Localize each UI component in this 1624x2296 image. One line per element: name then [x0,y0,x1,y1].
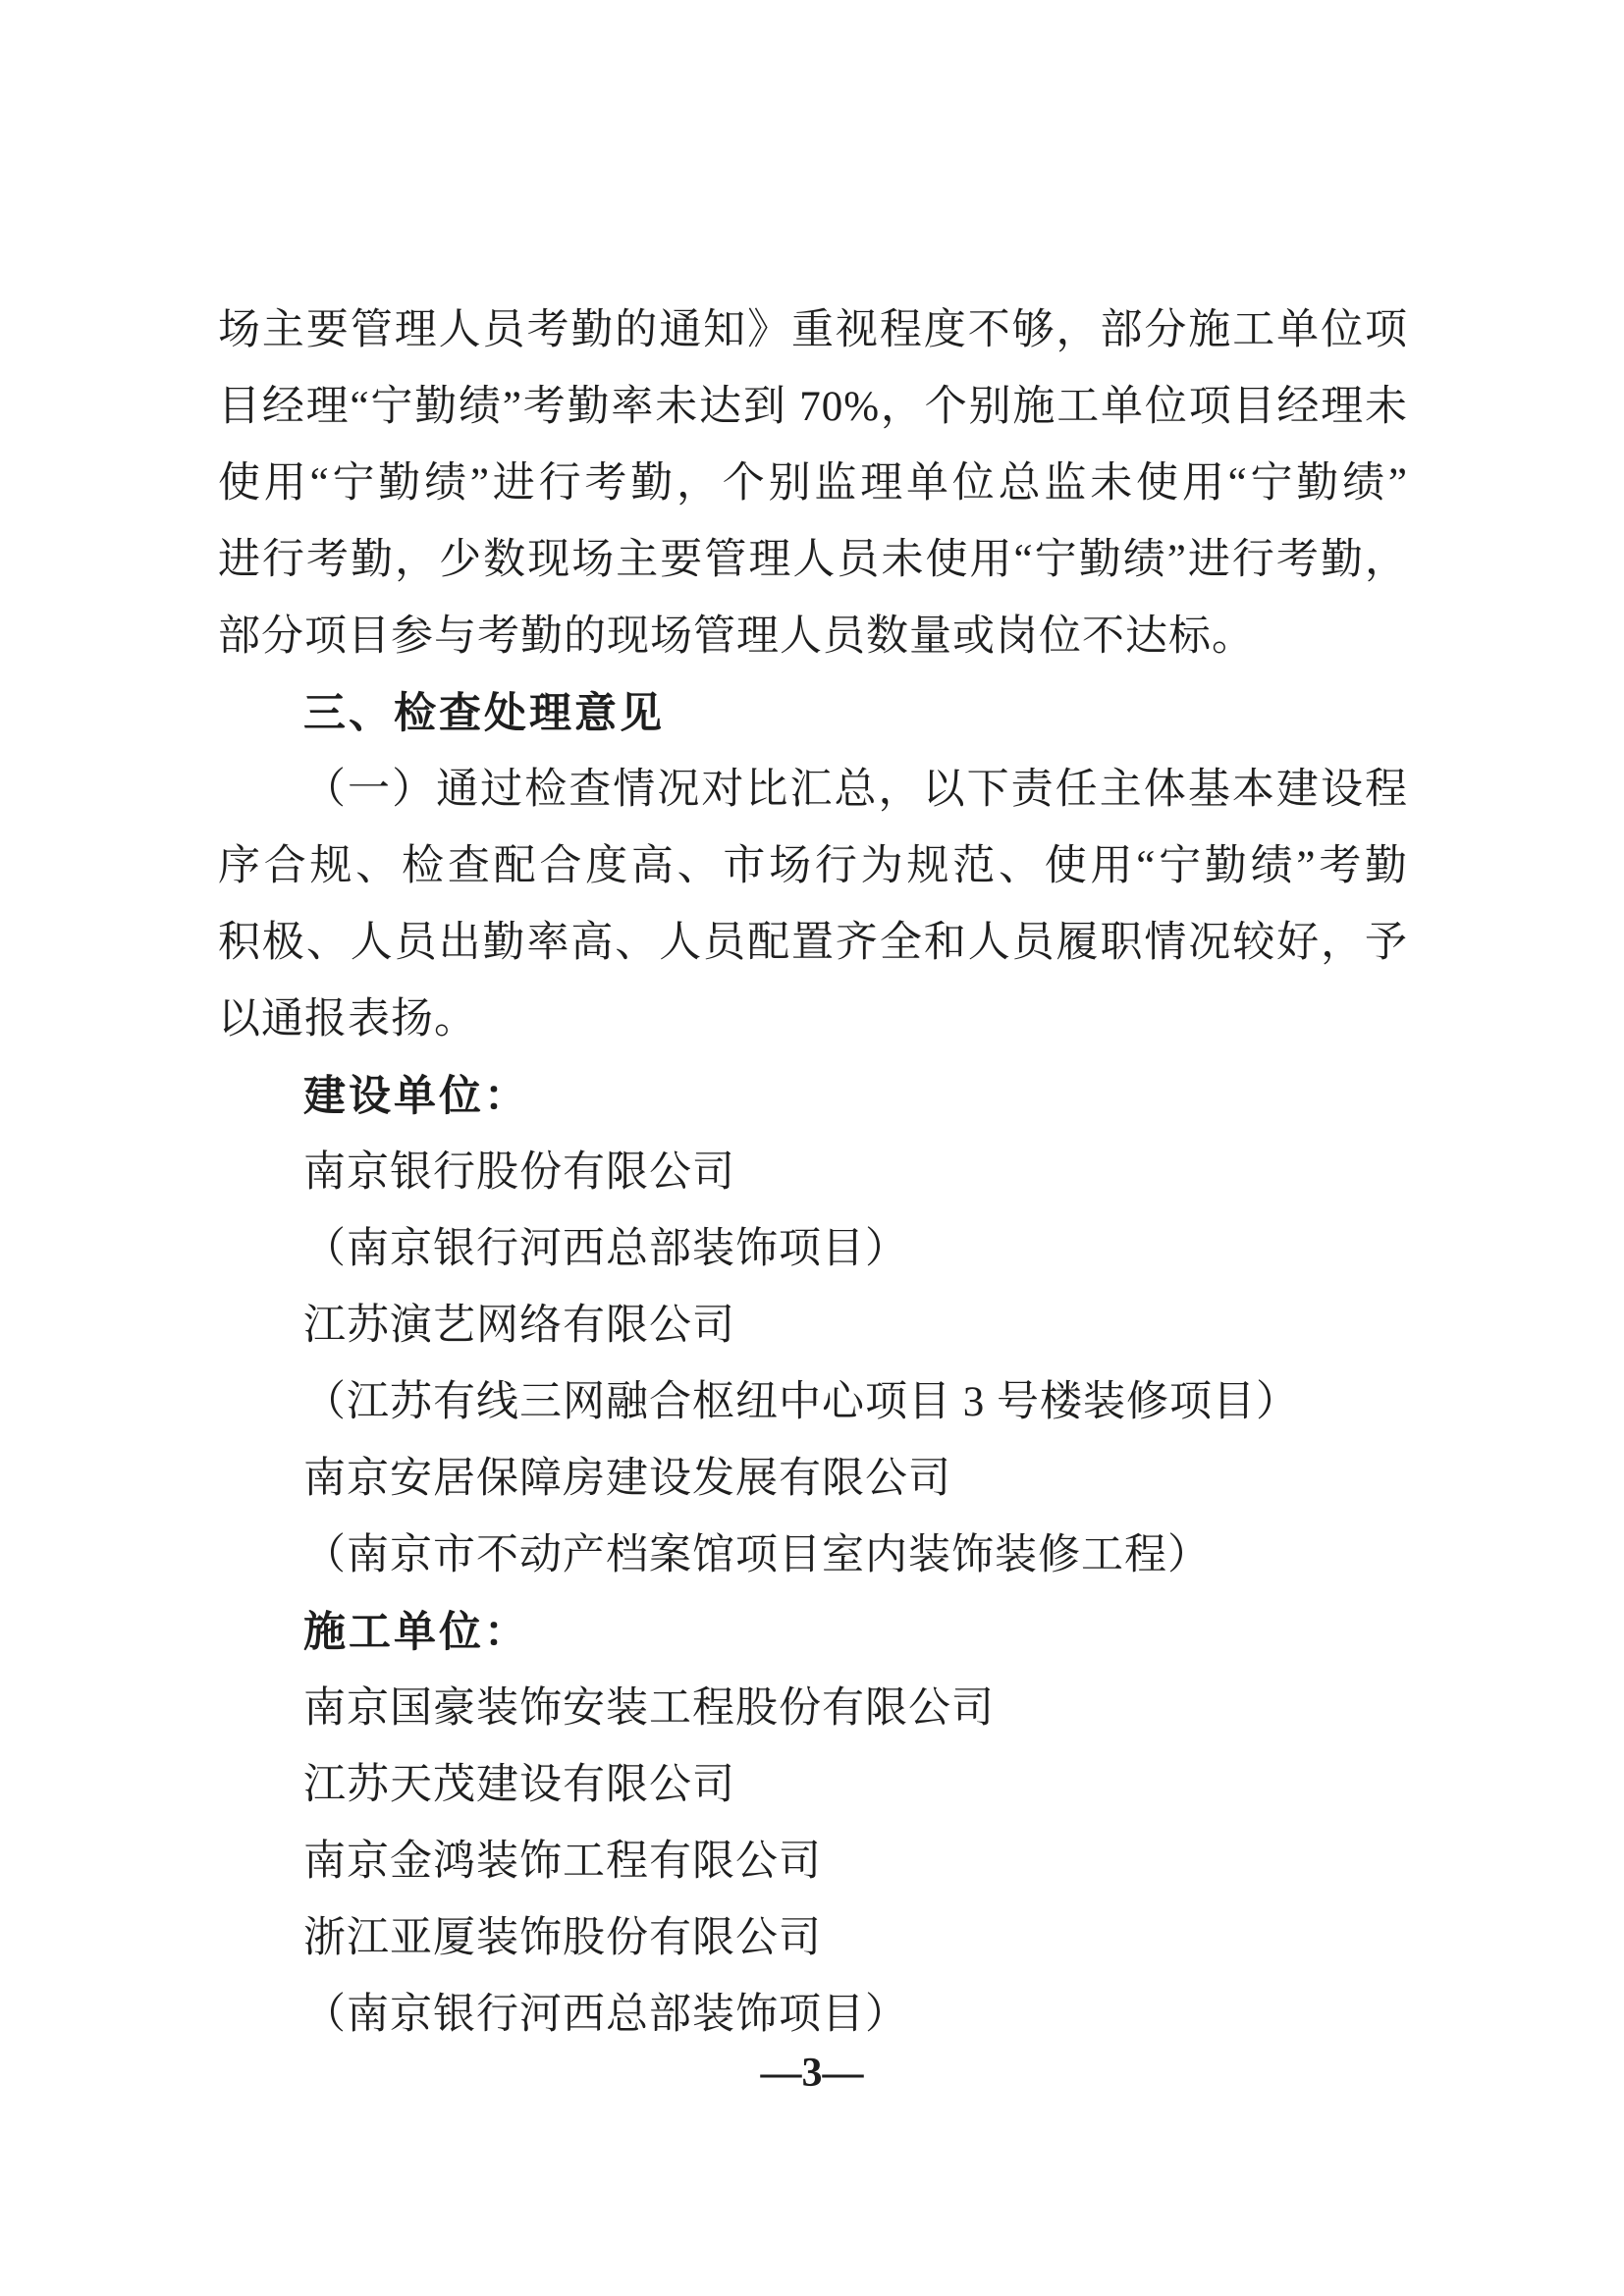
text-line: 使用“宁勤绩”进行考勤，个别监理单位总监未使用“宁勤绩” [218,446,1408,522]
section-heading: 三、检查处理意见 [218,675,1408,752]
text-line: （一）通过检查情况对比汇总，以下责任主体基本建设程 [218,752,1408,828]
list-item-company: 江苏演艺网络有限公司 [218,1288,1408,1364]
subheading-contractors: 施工单位： [218,1594,1408,1671]
list-item-company: 南京国豪装饰安装工程股份有限公司 [218,1671,1408,1747]
text-line: 目经理“宁勤绩”考勤率未达到 70%，个别施工单位项目经理未 [218,369,1408,446]
list-item-project: （南京银行河西总部装饰项目） [218,1211,1408,1288]
text-line: 场主要管理人员考勤的通知》重视程度不够，部分施工单位项 [218,293,1408,369]
text-line: 部分项目参与考勤的现场管理人员数量或岗位不达标。 [218,599,1408,675]
text-line: 序合规、检查配合度高、市场行为规范、使用“宁勤绩”考勤 [218,828,1408,905]
text-line: 以通报表扬。 [218,982,1408,1058]
list-item-company: 南京金鸿装饰工程有限公司 [218,1824,1408,1900]
text-line: 进行考勤，少数现场主要管理人员未使用“宁勤绩”进行考勤， [218,522,1408,599]
document-page: 场主要管理人员考勤的通知》重视程度不够，部分施工单位项 目经理“宁勤绩”考勤率未… [0,0,1624,2296]
subheading-construction-owners: 建设单位： [218,1058,1408,1135]
list-item-project: （江苏有线三网融合枢纽中心项目 3 号楼装修项目） [218,1364,1408,1441]
list-item-company: 江苏天茂建设有限公司 [218,1747,1408,1824]
list-item-project: （南京银行河西总部装饰项目） [218,1977,1408,2054]
list-item-company: 南京银行股份有限公司 [218,1135,1408,1211]
text-line: 积极、人员出勤率高、人员配置齐全和人员履职情况较好，予 [218,905,1408,982]
list-item-company: 南京安居保障房建设发展有限公司 [218,1441,1408,1518]
page-number: —3— [0,2044,1624,2103]
list-item-company: 浙江亚厦装饰股份有限公司 [218,1900,1408,1977]
list-item-project: （南京市不动产档案馆项目室内装饰装修工程） [218,1518,1408,1594]
document-text-block: 场主要管理人员考勤的通知》重视程度不够，部分施工单位项 目经理“宁勤绩”考勤率未… [218,293,1408,2054]
